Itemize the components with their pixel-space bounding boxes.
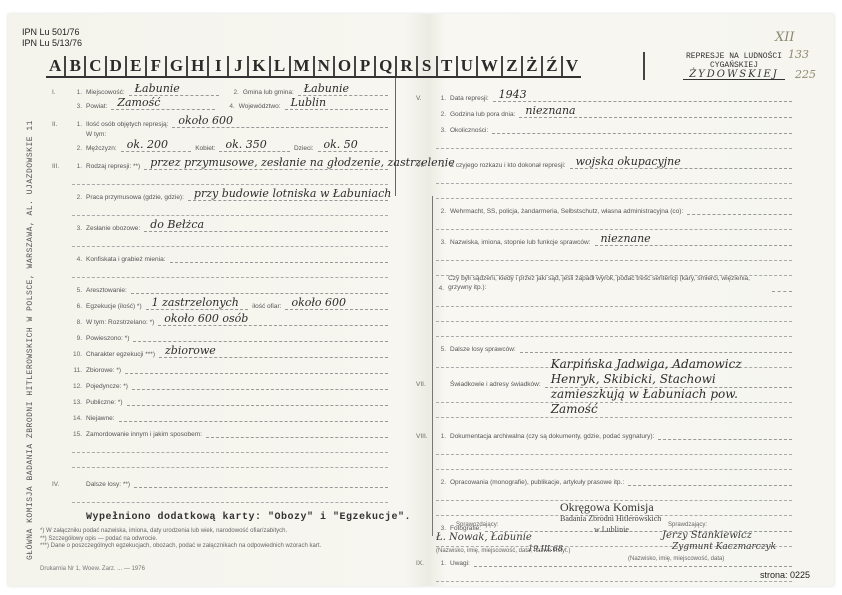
field-value [628,473,792,486]
filled-cards-note: Wypełniono dodatkową karty: "Obozy" i "E… [86,512,411,523]
footnote: ***) Dane o poszczególnych egzekucjach, … [40,543,400,551]
field-label: Województwo: [239,103,281,110]
field-label: Praca przymusowa (gdzie, gdzie): [86,194,184,201]
index-letter-row: ABCDEFGHIJKLMNOPQRSTUWZŻŹV [46,52,581,78]
marginal-note-2: 225 [795,68,816,81]
index-letter: N [315,56,335,76]
handwritten-value: przez przymusowe, zesłanie na głodzenie,… [150,157,455,169]
archive-ref-2: IPN Lu 5/13/76 [22,38,82,48]
field-row: 2. Mężczyzn: ok. 200 Kobiet: ok. 350 Dzi… [52,138,392,152]
field-row: VIII.1.Dokumentacja archiwalna (czy są d… [416,426,796,440]
handwritten-value: ok. 50 [324,139,358,151]
field-value-total-victims: około 600 [172,115,388,128]
field-row: 2.Wehrmacht, SS, policja, żandarmeria, S… [416,201,796,215]
field-label: Świadkowie i adresy świadków: [450,381,541,388]
field-row: 3. Powiat: Zamość 4. Województwo: Lublin [52,96,392,110]
index-letter: P [356,56,376,76]
submitter-label: Sprawozdający: [456,522,498,528]
reviewer-signature-2: Zygmunt Kaczmarczyk [672,542,776,552]
field-number: 2. [66,145,82,152]
index-letter: Ź [543,56,563,76]
archive-ref-1: IPN Lu 501/76 [22,27,80,37]
field-number: 2. [430,479,446,486]
handwritten-value: Zamość [117,97,160,109]
section-number: I. [52,89,66,96]
field-number: 2. [223,89,239,96]
field-row: 2.Opracowania (monografie), publikacje, … [416,472,796,486]
field-label: Czy byli sądzeni, kiedy i przez jaki sąd… [448,274,768,292]
field-row: 3.Nazwiska, imiona, stopnie lub funkcje … [416,232,796,246]
field-label: Data represji: [450,95,489,102]
field-row: 15.Zamordowanie innym i jakim sposobem: [52,424,392,438]
section-number: IV. [52,481,66,488]
index-letter: F [147,56,167,76]
field-row: 4.Konfiskata i grabież mienia: [52,249,392,263]
blank-line [436,184,792,199]
field-value [170,250,389,263]
field-row: 5.Aresztowanie: [52,280,392,294]
reviewer-caption: (Nazwisko, imię, miejscowość, data) [628,556,724,562]
field-number: 9. [66,335,82,342]
commission-line-3: w Lublinie [594,525,629,534]
field-label: Publiczne: *) [86,399,123,406]
field-label: Nazwiska, imiona, stopnie lub funkcje sp… [450,239,591,246]
index-letter: B [66,56,86,76]
field-label: Z czyjego rozkazu i kto dokonał represji… [450,162,566,169]
commission-title: Okręgowa Komisja [560,500,654,515]
field-value-locality: Łabunie [129,83,219,96]
field-row: I. 1. Miejscowość: Łabunie 2. Gmina lub … [52,82,392,96]
field-row: W tym: [52,128,392,138]
blank-line [72,232,388,247]
handwritten-value: ok. 350 [225,139,266,151]
field-number: 2. [430,111,446,118]
field-number: 3. [66,103,82,110]
reviewer-label: Sprawdzający: [668,522,707,528]
field-label: Rodzaj represji: **) [86,163,140,170]
handwritten-value: nieznana [525,105,575,117]
field-value [127,393,389,406]
handwritten-value: około 600 osób [164,313,248,325]
blank-line [436,169,792,184]
field-row: 2.Godzina lub pora dnia:nieznana [416,104,796,118]
field-label: Aresztowanie: [86,287,127,294]
field-row: IX.1.Uwagi: [416,553,796,567]
footnote: **) Szczegółowy opis — podać na odwrocie… [40,536,400,544]
field-label: Gmina lub gmina: [243,89,294,96]
blank-line [436,455,792,470]
field-value [520,340,792,353]
field-value [119,409,388,422]
index-letter: I [209,56,229,76]
field-number: 4. [66,256,82,263]
index-letter: M [291,56,315,76]
field-row: IV. Dalsze losy: **) [52,474,392,488]
index-letter: D [107,56,127,76]
index-letter: Q [376,56,397,76]
field-value [492,121,792,134]
field-number: 1. [430,95,446,102]
field-number: 3. [430,239,446,246]
handwritten-value: do Bełżca [150,219,204,231]
field-label: Okoliczności: [450,127,488,134]
index-letter: E [127,56,147,76]
field-row: III.1.Rodzaj represji: **)przez przymuso… [52,156,392,170]
field-number: 5. [66,287,82,294]
handwritten-value: zbiorowe [165,345,216,357]
section-number: V. [416,95,430,102]
field-row: VI.1.Z czyjego rozkazu i kto dokonał rep… [416,155,796,169]
blank-line [436,246,792,261]
field-label: Egzekucje (ilość) *) [86,303,142,310]
field-row: 10.Charakter egzekucji ***)zbiorowe [52,344,392,358]
handwritten-value: Łabunie [304,83,349,95]
field-label: Powieszono: *) [86,335,129,342]
field-number: 1. [66,121,82,128]
handwritten-value: ok. 200 [127,139,168,151]
field-row: 6.Egzekucje (ilość) *)1 zastrzelonychilo… [52,296,392,310]
field-value [131,281,388,294]
field-value: nieznane [595,233,792,246]
blank-line [436,486,792,501]
field-label: Ilość osób objętych represją: [86,121,168,128]
field-label: Uwagi: [450,560,470,567]
submitter-signature: Ł. Nowak, Łabunie [436,532,532,543]
handwritten-value: 1 zastrzelonych [152,297,239,309]
field-value: wojska okupacyjne [570,156,792,169]
marginal-note-1: 133 [788,48,809,61]
field-value-women: ok. 350 [219,139,290,152]
field-number: 12. [66,383,82,390]
field-label: Godzina lub pora dnia: [450,111,515,118]
index-letter: R [397,56,417,76]
witnesses-value: Karpińska Jadwiga, Adamowicz Henryk, Ski… [551,357,781,417]
field-value-men: ok. 200 [121,139,192,152]
blank-line [72,488,388,503]
field-label: W tym: Rozstrzelano: *) [86,319,154,326]
footnote: *) W załączniku podać nazwiska, imiona, … [40,528,400,536]
section-number: III. [52,163,66,170]
handwritten-value: 1943 [499,89,527,101]
field-label: Konfiskata i grabież mienia: [86,256,166,263]
field-label: Opracowania (monografie), publikacje, ar… [450,479,624,486]
field-value: przy budowie lotniska w Łabuniach [188,188,388,201]
field-number: 15. [66,431,82,438]
field-value-voivodeship: Lublin [285,97,388,110]
blank-line [436,322,792,337]
field-value: 1 zastrzelonych [146,297,249,310]
field-value [772,279,792,292]
field-value [132,377,388,390]
index-letter: S [418,56,438,76]
blank-line [436,134,792,149]
field-row: 3.Okoliczności: [416,120,796,134]
field-number: 1. [66,89,82,96]
section-number: VI. [416,162,430,169]
field-number: 2. [430,208,446,215]
field-label: Dalsze losy sprawców: [450,346,516,353]
blank-line [72,438,388,453]
field-value: Karpińska Jadwiga, Adamowicz Henryk, Ski… [545,375,792,388]
field-value-further-fate [134,475,388,488]
index-letter: J [229,56,249,76]
field-value: do Bełżca [144,219,388,232]
blank-line [436,292,792,307]
page-number: strona: 0225 [760,570,810,580]
field-number: 1. [430,162,446,169]
handwritten-value: około 600 [178,115,233,127]
submitter-date: 19.III.68 [528,544,563,553]
field-label: Kobiet: [195,145,215,152]
field-label: Mężczyzn: [86,145,117,152]
field-label: Dzieci: [294,145,314,152]
field-row: 4.Czy byli sądzeni, kiedy i przez jaki s… [416,278,796,292]
blank-line [72,170,388,185]
index-letter: A [46,56,66,76]
commission-line-2: Badania Zbrodni Hitlerowskich [560,514,661,523]
left-column: I. 1. Miejscowość: Łabunie 2. Gmina lub … [52,82,392,503]
index-letter: Z [503,56,523,76]
handwritten-value: nieznane [601,233,651,245]
field-row: 13.Publiczne: *) [52,392,392,406]
handwritten-value: Łabunie [135,83,180,95]
field-row: 11.Zbiorowe: *) [52,360,392,374]
field-number: 1. [66,163,82,170]
field-value [125,361,388,374]
field-number: 4. [429,285,444,292]
index-letter: W [478,56,503,76]
field-label: Miejscowość: [86,89,125,96]
field-row: 2.Praca przymusowa (gdzie, gdzie):przy b… [52,187,392,201]
field-row: 12.Pojedyncze: *) [52,376,392,390]
field-value-children: ok. 50 [318,139,389,152]
index-letter: T [438,56,458,76]
field-label: Powiat: [86,103,107,110]
field-value: zbiorowe [159,345,388,358]
blank-line [436,307,792,322]
blank-line [72,263,388,278]
blank-line [436,215,792,230]
field-label: Pojedyncze: *) [86,383,128,390]
print-info: Drukarnia Nr 1, Woew. Zarz. ... — 1976 [40,566,145,572]
index-letter: H [188,56,209,76]
section-number: II. [52,121,66,128]
field-label: Dokumentacja archiwalna (czy są dokument… [450,433,654,440]
reviewer-signature: Jerzy Stankiewicz [662,530,752,541]
field-row: 8.W tym: Rozstrzelano: *)około 600 osób [52,312,392,326]
index-letter: U [458,56,478,76]
field-value [687,202,792,215]
blank-line [436,582,792,595]
field-number: 1. [430,433,446,440]
field-row: 14.Niejawne: [52,408,392,422]
spine-text: GŁÓWNA KOMISJA BADANIA ZBRODNI HITLEROWS… [26,120,35,560]
field-number: 2. [66,194,82,201]
field-value [206,425,388,438]
index-letter: L [271,56,291,76]
field-number: 5. [430,346,446,353]
field-label: Zesłanie obozowe: [86,225,140,232]
field-label: Dalsze losy: **) [86,481,130,488]
index-letter: Ż [523,56,543,76]
field-row: 5.Dalsze losy sprawców: [416,339,796,353]
section-number: VII. [416,381,430,388]
handwritten-value: około 600 [291,297,346,309]
field-number: 3. [430,127,446,134]
blank-line [72,201,388,216]
field-label: Charakter egzekucji ***) [86,351,155,358]
field-row: V.1.Data represji:1943 [416,88,796,102]
field-label: Zbiorowe: *) [86,367,121,374]
field-number: 14. [66,415,82,422]
field-row: II. 1. Ilość osób objętych represją: oko… [52,114,392,128]
field-value [658,427,792,440]
field-number: 1. [430,560,446,567]
blank-line [436,567,792,582]
field-row: 9.Powieszono: *) [52,328,392,342]
field-label: W tym: [86,131,106,138]
field-number: 4. [219,103,235,110]
field-number: 6. [66,303,82,310]
handwritten-value: Lublin [291,97,327,109]
field-row: VII.Świadkowie i adresy świadków:Karpińs… [416,374,796,388]
field-row: 3.Zesłanie obozowe:do Bełżca [52,218,392,232]
index-letter: C [86,56,106,76]
blank-line [72,453,388,468]
field-label: Niejawne: [86,415,115,422]
index-letter: G [167,56,188,76]
marginal-note-roman: XII [775,30,795,45]
field-number: 3. [430,525,446,532]
field-label: ilość ofiar: [252,303,281,310]
blank-line [436,440,792,455]
column-divider [395,78,396,196]
section-number: VIII. [416,433,430,440]
index-letter: V [563,56,581,76]
field-value-county: Zamość [111,97,214,110]
handwritten-value: przy budowie lotniska w Łabuniach [194,188,391,200]
field-value: około 600 [285,297,388,310]
index-letter: O [335,56,356,76]
category-handwritten: ŻYDOWSKIEJ [683,70,785,80]
field-number: 8. [66,319,82,326]
field-label: Zamordowanie innym i jakim sposobem: [86,431,202,438]
field-number: 11. [66,367,82,374]
handwritten-value: wojska okupacyjne [576,156,681,168]
index-letter: K [249,56,270,76]
section-number: IX. [416,560,430,567]
footnotes: *) W załączniku podać nazwiska, imiona, … [40,528,400,551]
field-value [133,329,388,342]
field-value: 1943 [493,89,792,102]
field-value: około 600 osób [158,313,388,326]
field-value: przez przymusowe, zesłanie na głodzenie,… [144,157,388,170]
field-value-commune: Łabunie [298,83,388,96]
field-label: Wehrmacht, SS, policja, żandarmeria, Sel… [450,208,683,215]
field-number: 13. [66,399,82,406]
field-value: nieznana [519,105,792,118]
field-number: 3. [66,225,82,232]
field-number: 10. [66,351,82,358]
